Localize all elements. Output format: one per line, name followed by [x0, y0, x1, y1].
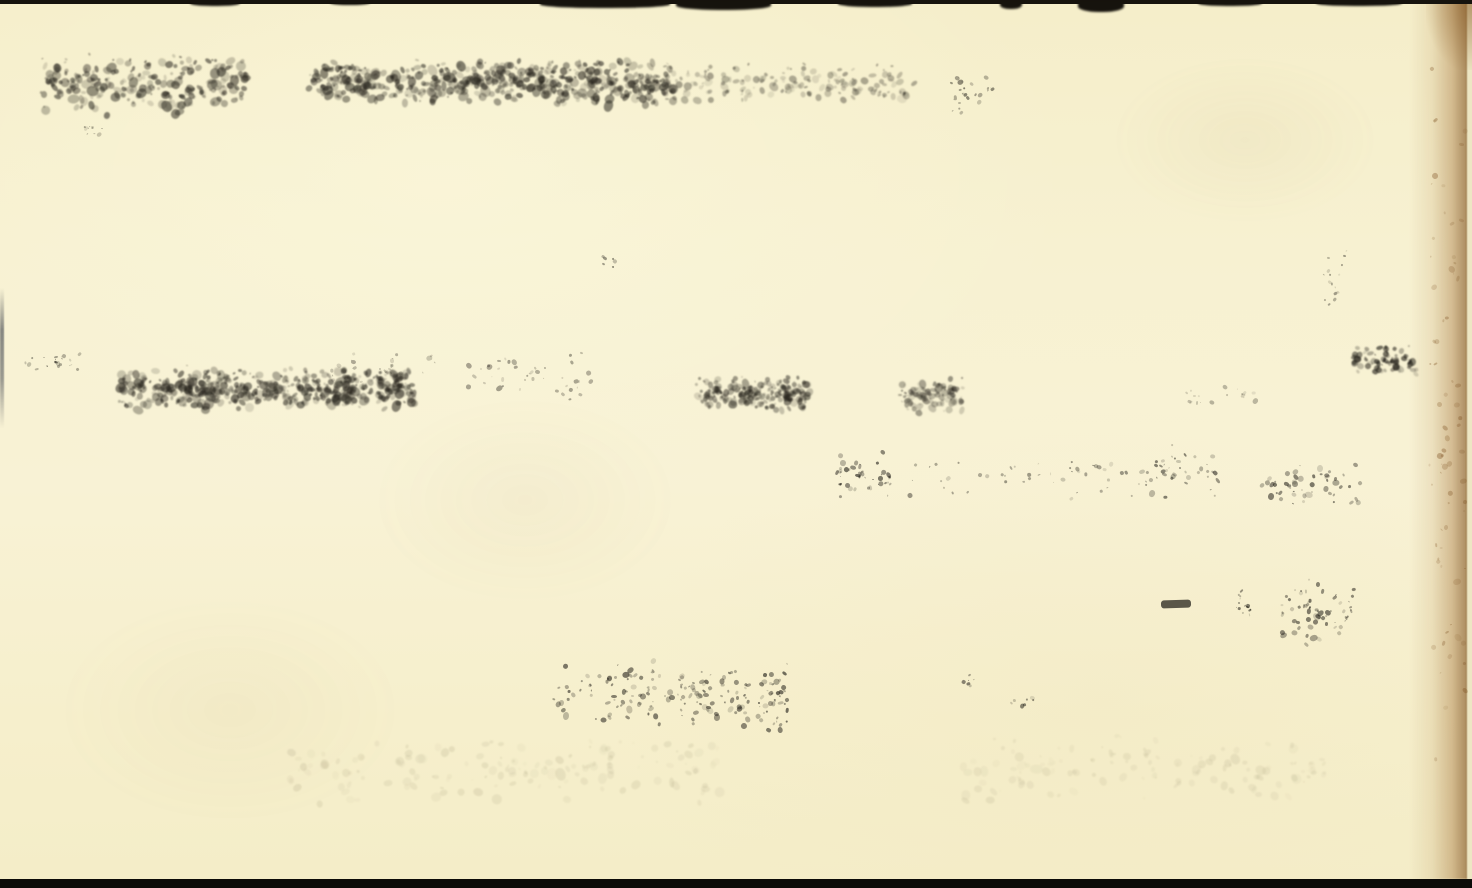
scan-edge-blob	[330, 0, 370, 5]
ink-dot-below-top-left	[76, 120, 104, 140]
scan-edge-blob	[540, 0, 670, 8]
paper-stain-upper-right	[1110, 55, 1380, 225]
ink-flecks-mid-left-tail	[330, 350, 442, 382]
dash-mark	[1161, 599, 1191, 608]
foxing-freckles-right-edge	[1428, 50, 1464, 820]
ink-mark-left-edge-mid	[22, 346, 80, 378]
ink-flecks-top-band-tail	[948, 70, 992, 118]
stamp-residue-row-mid	[903, 450, 1135, 500]
stamp-residue-row-left	[833, 448, 891, 502]
ink-dot-bottom-b	[1010, 693, 1036, 706]
ink-artifact-layer	[0, 0, 1472, 888]
ghost-handwriting-bottom-right	[958, 733, 1323, 803]
bracket-mark-residue	[756, 662, 786, 736]
stamp-residue-row-curl	[1138, 443, 1220, 499]
scan-edge-blob	[676, 0, 771, 10]
scan-edge-blob	[838, 0, 912, 7]
scan-edge-blob	[1198, 0, 1262, 6]
stamp-residue-row-right	[1260, 458, 1358, 508]
scanner-edge-bottom	[0, 879, 1472, 888]
ink-offset-smudge-top-left	[40, 50, 245, 114]
ink-dot-pair-upper-center	[592, 246, 614, 268]
paper-stain-lower-left	[55, 595, 405, 825]
scan-edge-blob	[1078, 0, 1124, 12]
ink-offset-smudge-mid-right	[694, 374, 806, 410]
dotted-stroke-vertical	[1235, 584, 1250, 626]
scan-edge-blob	[190, 0, 240, 6]
ink-dot-bottom-a	[958, 668, 976, 686]
scan-edge-blob	[1000, 0, 1022, 9]
ink-offset-band-top-center	[306, 56, 671, 104]
scan-edge-blob	[1316, 0, 1402, 6]
ink-mark-right-margin	[1350, 344, 1414, 374]
ink-offset-band-top-right	[662, 60, 912, 102]
ink-offset-smudge-mid-far	[898, 374, 962, 412]
paper-stain-center	[370, 395, 680, 605]
ink-flecks-right-upper	[1318, 224, 1350, 336]
ink-flecks-mid-rightmost	[1183, 380, 1255, 408]
scanned-card-image	[0, 0, 1472, 888]
ink-cluster-right-mid	[1280, 576, 1354, 644]
scanner-edge-top-blobs	[0, 0, 1472, 16]
date-stamp-residue-bottom	[543, 656, 748, 730]
